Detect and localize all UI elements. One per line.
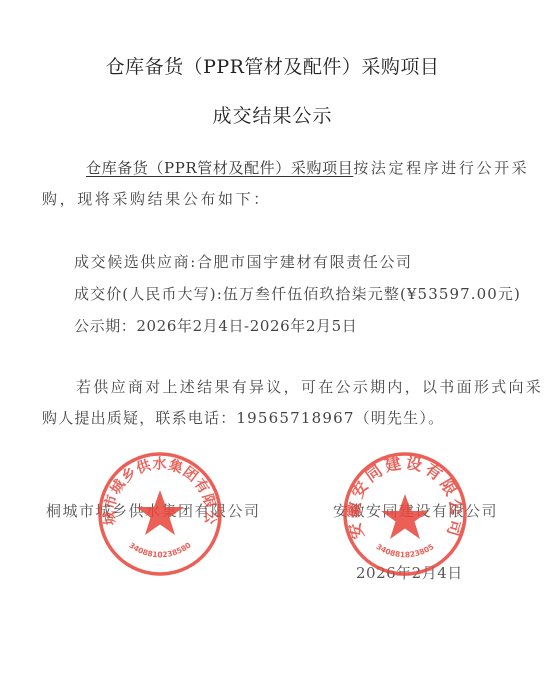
intro-line-1: 仓库备货（PPR管材及配件）采购项目按法定程序进行公开采 [86,157,529,178]
project-name: 仓库备货（PPR管材及配件）采购项目 [86,159,353,177]
period-line: 公示期：2026年2月4日-2026年2月5日 [74,315,357,336]
document-subtitle: 成交结果公示 [0,101,545,128]
price-line: 成交价(人民币大写):伍万叁仟伍佰玖拾柒元整(¥53597.00元) [74,283,521,304]
document-title: 仓库备货（PPR管材及配件）采购项目 [0,52,545,79]
intro-line-2: 购，现将采购结果公布如下： [42,188,271,209]
svg-text:340881823805: 340881823805 [375,542,436,559]
supplier-line: 成交候选供应商:合肥市国宇建材有限责任公司 [74,251,413,272]
intro-line-1-rest: 按法定程序进行公开采 [353,159,529,177]
right-company-seal-icon: 安徽安同建设有限公司 340881823805 [341,450,469,578]
objection-line-1: 若供应商对上述结果有异议，可在公示期内，以书面形式向采 [76,376,543,397]
left-company-seal-icon: 桐城市城乡供水集团有限公司 3408810238580 [96,450,224,578]
svg-text:3408810238580: 3408810238580 [127,541,192,560]
objection-line-2: 购人提出质疑，联系电话：19565718967（明先生）。 [42,407,444,428]
